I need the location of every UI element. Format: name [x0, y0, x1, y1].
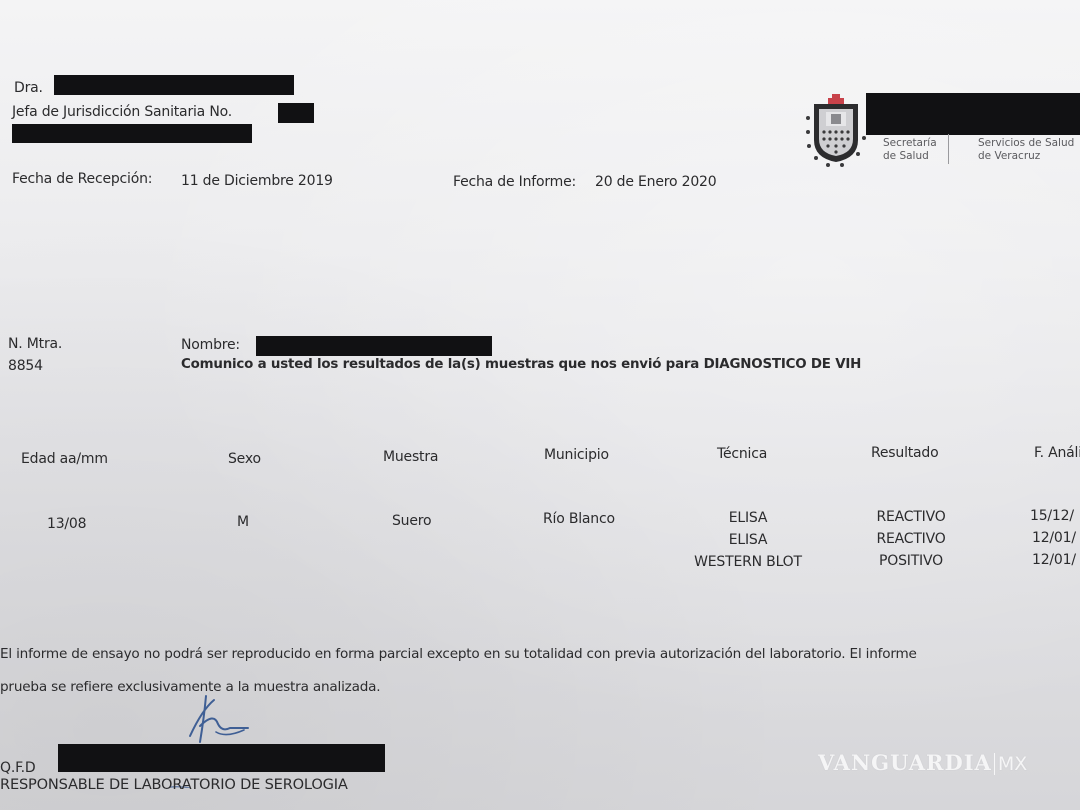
- redacted-organization-header: [866, 93, 1080, 135]
- reception-date-value: 11 de Diciembre 2019: [181, 173, 333, 189]
- cell-muestra: Suero: [392, 513, 431, 529]
- results-intro-text: Comunico a usted los resultados de la(s)…: [181, 357, 861, 372]
- redacted-signer-name: [58, 744, 385, 772]
- org-right-line1: Servicios de Salud: [978, 137, 1074, 150]
- cell-tecnica-2: ELISA: [680, 532, 816, 548]
- col-header-municipio: Municipio: [544, 447, 609, 463]
- sample-number-value: 8854: [8, 358, 43, 374]
- col-header-edad: Edad aa/mm: [21, 451, 108, 467]
- signer-role: RESPONSABLE DE LABORATORIO DE SEROLOGIA: [0, 776, 348, 793]
- patient-name-label: Nombre:: [181, 337, 240, 353]
- cell-resultado-3: POSITIVO: [850, 553, 972, 569]
- cell-tecnica-3: WESTERN BLOT: [680, 554, 816, 570]
- cell-fecha-2: 12/01/: [1032, 530, 1076, 546]
- cell-sexo: M: [237, 514, 249, 530]
- redacted-patient-name: [256, 336, 492, 356]
- col-header-tecnica: Técnica: [717, 446, 767, 462]
- recipient-title: Dra.: [14, 80, 43, 96]
- handwritten-signature: [170, 688, 290, 788]
- watermark-suffix: MX: [994, 753, 1027, 775]
- cell-fecha-1: 15/12/: [1030, 508, 1074, 524]
- org-divider: [948, 134, 949, 164]
- report-date-label: Fecha de Informe:: [453, 174, 576, 190]
- org-secretaria-salud: Secretaría de Salud: [883, 137, 937, 163]
- col-header-muestra: Muestra: [383, 449, 438, 465]
- cell-fecha-3: 12/01/: [1032, 552, 1076, 568]
- col-header-fecha-analisis: F. Análisis: [1034, 445, 1080, 461]
- cell-edad: 13/08: [47, 516, 86, 532]
- signer-title: Q.F.D: [0, 760, 36, 776]
- redacted-address: [12, 124, 252, 143]
- col-header-resultado: Resultado: [871, 445, 939, 461]
- vanguardia-watermark: VANGUARDIAMX: [818, 750, 1027, 775]
- org-servicios-salud: Servicios de Salud de Veracruz: [978, 137, 1074, 163]
- disclaimer-line-1: El informe de ensayo no podrá ser reprod…: [0, 646, 917, 662]
- reception-date-label: Fecha de Recepción:: [12, 171, 152, 187]
- org-left-line2: de Salud: [883, 150, 937, 163]
- watermark-brand: VANGUARDIA: [818, 750, 992, 775]
- org-right-line2: de Veracruz: [978, 150, 1074, 163]
- redacted-jurisdiction-number: [278, 103, 314, 123]
- cell-resultado-1: REACTIVO: [850, 509, 972, 525]
- redacted-recipient-name: [54, 75, 294, 95]
- org-left-line1: Secretaría: [883, 137, 937, 150]
- cell-municipio: Río Blanco: [543, 511, 615, 527]
- veracruz-coat-of-arms-icon: [804, 92, 868, 168]
- cell-resultado-2: REACTIVO: [850, 531, 972, 547]
- sample-number-label: N. Mtra.: [8, 336, 62, 352]
- recipient-role: Jefa de Jurisdicción Sanitaria No.: [12, 104, 232, 120]
- cell-tecnica-1: ELISA: [680, 510, 816, 526]
- report-date-value: 20 de Enero 2020: [595, 174, 716, 190]
- col-header-sexo: Sexo: [228, 451, 261, 467]
